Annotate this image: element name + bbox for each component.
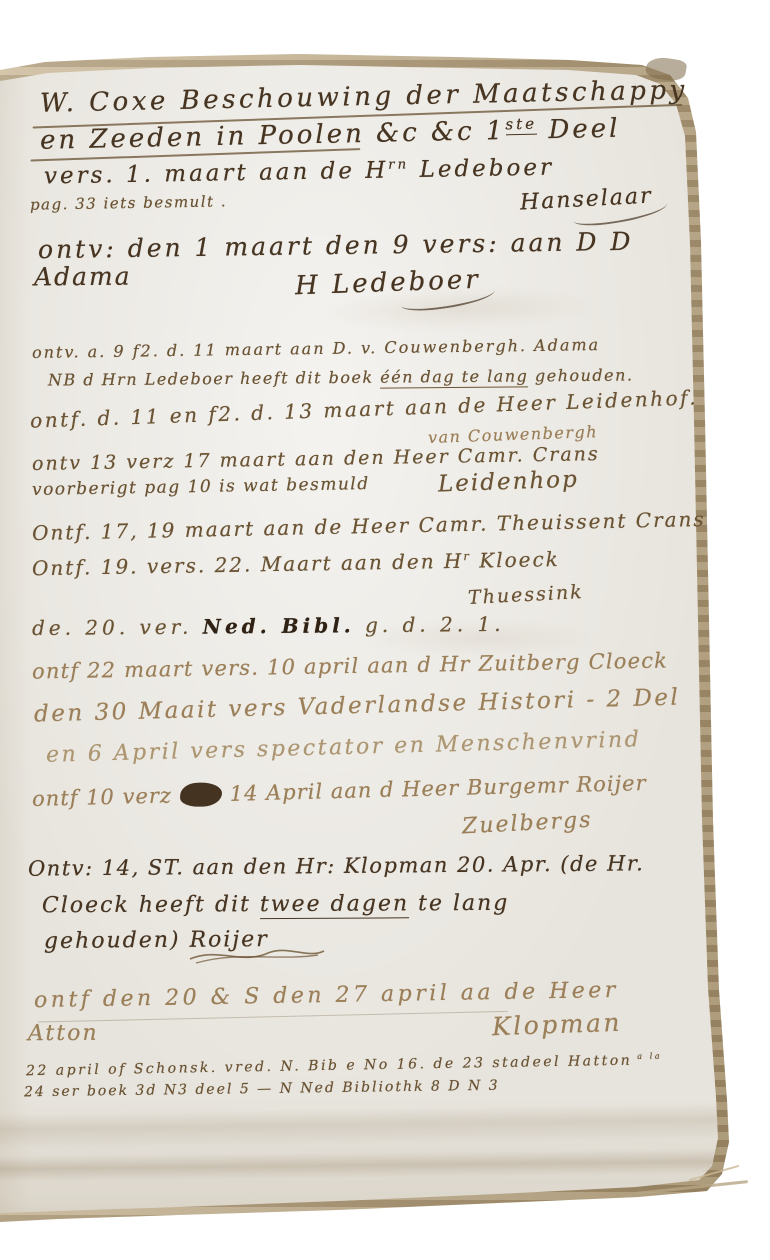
manuscript-line: pag. 33 iets besmult . (30, 194, 227, 213)
manuscript-line: Zuelbergs (461, 809, 593, 839)
manuscript-lines: W. Coxe Beschouwing der Maatschappyen Ze… (0, 0, 770, 1260)
manuscript-line: H Ledeboer (295, 267, 482, 301)
manuscript-line: en Zeeden in Poolen &c &c 1ste Deel (40, 115, 621, 155)
manuscript-line: Thuessink (468, 583, 585, 609)
handwritten-text: den 30 Maait vers Vaderlandse Histori - … (34, 685, 681, 728)
handwritten-text: Ned. Bibl. (203, 613, 355, 638)
handwritten-text: 24 ser boek 3d N3 deel 5 — N Ned Bibliot… (24, 1078, 500, 1101)
handwritten-text: ontv. a. 9 f2. d. 11 maart aan D. v. Cou… (32, 335, 600, 362)
manuscript-line: NB d Hrn Ledeboer heeft dit boek één dag… (48, 367, 634, 389)
handwritten-text: Cloeck heeft dit (42, 892, 260, 918)
handwritten-text: Kloeck (471, 547, 560, 573)
handwritten-text: g. d. 2. 1. (355, 612, 505, 637)
handwritten-text: Atton (28, 1021, 99, 1047)
manuscript-line: ontf 10 verz den 14 April aan d Heer Bur… (32, 772, 647, 810)
handwritten-text: Zuelbergs (461, 808, 593, 840)
manuscript-line: 24 ser boek 3d N3 deel 5 — N Ned Bibliot… (24, 1079, 500, 1100)
manuscript-line: Cloeck heeft dit twee dagen te lang (42, 892, 509, 918)
manuscript-line: ontf 22 maart vers. 10 april aan d Hr Zu… (32, 649, 668, 682)
handwritten-text: W. Coxe Beschouwing der Maatschappy (40, 75, 688, 119)
handwritten-text: Deel (537, 114, 621, 146)
manuscript-line: Leidenhop (438, 468, 580, 497)
handwritten-text: 14 April aan d Heer Burgemr Roijer (222, 771, 647, 806)
manuscript-line: W. Coxe Beschouwing der Maatschappy (40, 77, 688, 118)
handwritten-text: Leidenhop (438, 467, 580, 498)
manuscript-line: Adama (34, 264, 132, 291)
handwritten-text: voorberigt pag 10 is wat besmuld (32, 474, 370, 500)
handwritten-text: en 6 April vers spectator en Menschenvri… (46, 727, 642, 768)
manuscript-line: ontv: den 1 maart den 9 vers: aan D D (38, 229, 634, 264)
handwritten-text: 22 april of Schonsk. vred. N. Bib e No 1… (26, 1053, 632, 1080)
handwritten-text: NB d Hrn Ledeboer heeft dit boek (48, 368, 380, 390)
ink-rule-line (38, 1011, 508, 1023)
manuscript-line: ontf. d. 11 en f2. d. 13 maart aan de He… (30, 387, 699, 431)
handwritten-text: Ontv: 14, ST. aan den Hr: Klopman 20. Ap… (28, 851, 644, 880)
manuscript-line: Atton (28, 1022, 99, 1046)
handwritten-text: a la (632, 1050, 662, 1061)
manuscript-line: Hanselaar (519, 185, 653, 215)
handwritten-text: Thuessink (467, 581, 584, 609)
handwritten-text: Ledeboer (409, 155, 554, 184)
handwritten-text: en Zeeden in Poolen &c &c 1 (40, 116, 506, 156)
handwritten-text: pag. 33 iets besmult . (30, 192, 227, 213)
handwritten-text: ste (505, 115, 537, 136)
handwritten-text: twee dagen (260, 891, 409, 919)
handwritten-text: te lang (409, 891, 509, 917)
manuscript-line: voorberigt pag 10 is wat besmuld (32, 476, 370, 500)
manuscript-line: ontv. a. 9 f2. d. 11 maart aan D. v. Cou… (32, 337, 600, 362)
handwritten-text: ontf 22 maart vers. 10 april aan d Hr Zu… (32, 648, 668, 683)
manuscript-line: 22 april of Schonsk. vred. N. Bib e No 1… (26, 1051, 662, 1078)
manuscript-line: ontf den 20 & S den 27 april aa de Heer (34, 979, 619, 1012)
handwritten-text: ontv: den 1 maart den 9 vers: aan D D (38, 227, 634, 264)
manuscript-line: Ontf. 17, 19 maart aan de Heer Camr. The… (32, 509, 706, 544)
photo-background: W. Coxe Beschouwing der Maatschappyen Ze… (0, 0, 770, 1260)
handwritten-text: gehouden. (528, 365, 633, 385)
handwritten-text: rn (388, 157, 409, 172)
ink-scribble (188, 944, 328, 968)
manuscript-line: en 6 April vers spectator en Menschenvri… (46, 728, 642, 767)
handwritten-text: Adama (34, 262, 132, 292)
manuscript-line: de. 20. ver. Ned. Bibl. g. d. 2. 1. (32, 614, 505, 639)
handwritten-text: de. 20. ver. (32, 615, 203, 640)
handwritten-text: Klopman (492, 1008, 623, 1042)
handwritten-text: ontf 10 verz (32, 783, 180, 811)
handwritten-text: Ontf. 19. vers. 22. Maart aan den H (32, 549, 464, 581)
handwritten-text: Ontf. 17, 19 maart aan de Heer Camr. The… (32, 507, 706, 545)
manuscript-line: Klopman (492, 1010, 623, 1041)
manuscript-line: Ontf. 19. vers. 22. Maart aan den Hr Klo… (32, 548, 560, 579)
handwritten-text: den (179, 782, 222, 807)
handwritten-text: één dag te lang (380, 366, 528, 388)
manuscript-line: den 30 Maait vers Vaderlandse Histori - … (34, 686, 681, 727)
handwritten-text: ontf. d. 11 en f2. d. 13 maart aan de He… (30, 385, 699, 432)
manuscript-line: vers. 1. maart aan de Hrn Ledeboer (44, 156, 554, 189)
handwritten-text: vers. 1. maart aan de H (44, 157, 389, 189)
manuscript-line: Ontv: 14, ST. aan den Hr: Klopman 20. Ap… (28, 852, 644, 879)
handwritten-text: ontf den 20 & S den 27 april aa de Heer (34, 978, 619, 1013)
